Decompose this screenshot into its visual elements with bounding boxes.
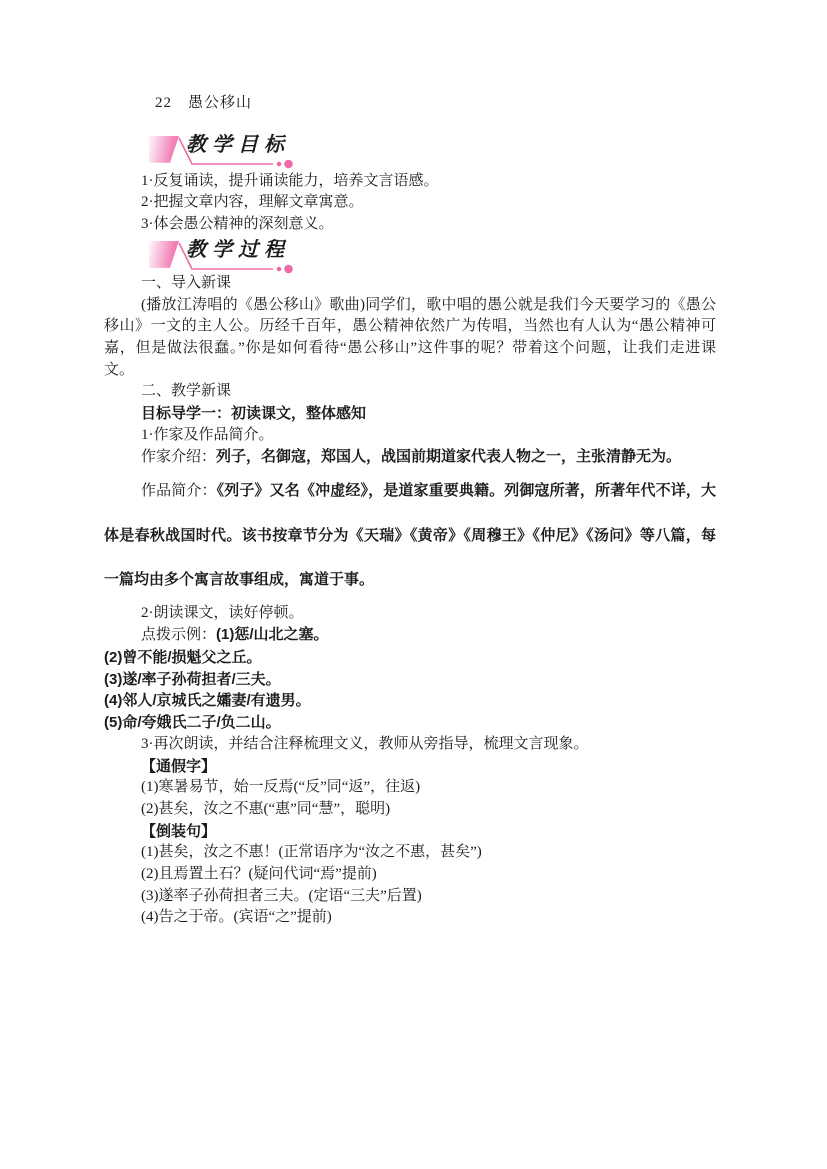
lesson-plan-document: 22 愚公移山 教学目标 1·反复诵读，提升诵读能力，培养文言语感。 2·把握文…	[104, 93, 716, 929]
tongjiazi-item: (1)寒暑易节，始一反焉(“反”同“返”，往返)	[104, 777, 716, 799]
daozhuang-item: (3)遂率子孙荷担者三夫。(定语“三夫”后置)	[104, 886, 716, 908]
step-item-2: 2·朗读课文，读好停顿。	[104, 603, 716, 625]
badge-title-process: 教学过程	[186, 239, 290, 261]
tips-label: 点拨示例：	[141, 627, 216, 643]
objective-item: 3·体会愚公精神的深刻意义。	[104, 214, 716, 236]
objective-item: 2·把握文章内容，理解文章寓意。	[104, 192, 716, 214]
objective-item: 1·反复诵读，提升诵读能力，培养文言语感。	[104, 171, 716, 193]
lesson-title: 22 愚公移山	[104, 93, 716, 115]
section-badge-process: 教学过程	[149, 241, 449, 273]
step-item-3: 3·再次朗读，并结合注释梳理文义，教师从旁指导，梳理文言现象。	[104, 734, 716, 756]
work-label: 作品简介：	[141, 483, 217, 499]
objectives-list: 1·反复诵读，提升诵读能力，培养文言语感。 2·把握文章内容，理解文章寓意。 3…	[104, 171, 716, 236]
work-intro-paragraph: 作品简介：《列子》又名《冲虚经》，是道家重要典籍。列御寇所著，所著年代不详，大体…	[104, 469, 716, 603]
author-text: 列子，名御寇，郑国人，战国前期道家代表人物之一，主张清静无为。	[216, 448, 681, 465]
pause-example-line-5: (5)命/夸娥氏二子/负二山。	[104, 712, 716, 734]
heading-new-lesson: 二、教学新课	[104, 381, 716, 403]
tongjiazi-heading: 【通假字】	[104, 756, 716, 778]
daozhuang-heading: 【倒装句】	[104, 821, 716, 843]
step-item-1: 1·作家及作品简介。	[104, 425, 716, 447]
daozhuang-item: (2)且焉置土石？(疑问代词“焉”提前)	[104, 864, 716, 886]
tongjiazi-item: (2)甚矣，汝之不惠(“惠”同“慧”，聪明)	[104, 799, 716, 821]
daozhuang-item: (4)告之于帝。(宾语“之”提前)	[104, 907, 716, 929]
pause-example-text: (1)惩/山北之塞。	[216, 626, 329, 643]
pause-example-line-3: (3)遂/率子孙荷担者/三夫。	[104, 669, 716, 691]
daozhuang-item: (1)甚矣，汝之不惠！(正常语序为“汝之不惠，甚矣”)	[104, 842, 716, 864]
pause-example-line-1: 点拨示例：(1)惩/山北之塞。	[104, 624, 716, 647]
section-badge-objectives: 教学目标	[149, 136, 449, 168]
goal1-heading: 目标导学一：初读课文，整体感知	[104, 403, 716, 425]
pause-example-line-4: (4)邻人/京城氏之孀妻/有遗男。	[104, 690, 716, 712]
author-label: 作家介绍：	[141, 449, 216, 465]
heading-intro: 一、导入新课	[104, 273, 716, 295]
intro-paragraph: (播放江涛唱的《愚公移山》歌曲)同学们，歌中唱的愚公就是我们今天要学习的《愚公移…	[104, 295, 716, 382]
author-intro-line: 作家介绍：列子，名御寇，郑国人，战国前期道家代表人物之一，主张清静无为。	[104, 446, 716, 469]
pause-example-line-2: (2)曾不能/损魁父之丘。	[104, 647, 716, 669]
badge-title-objectives: 教学目标	[186, 134, 290, 156]
